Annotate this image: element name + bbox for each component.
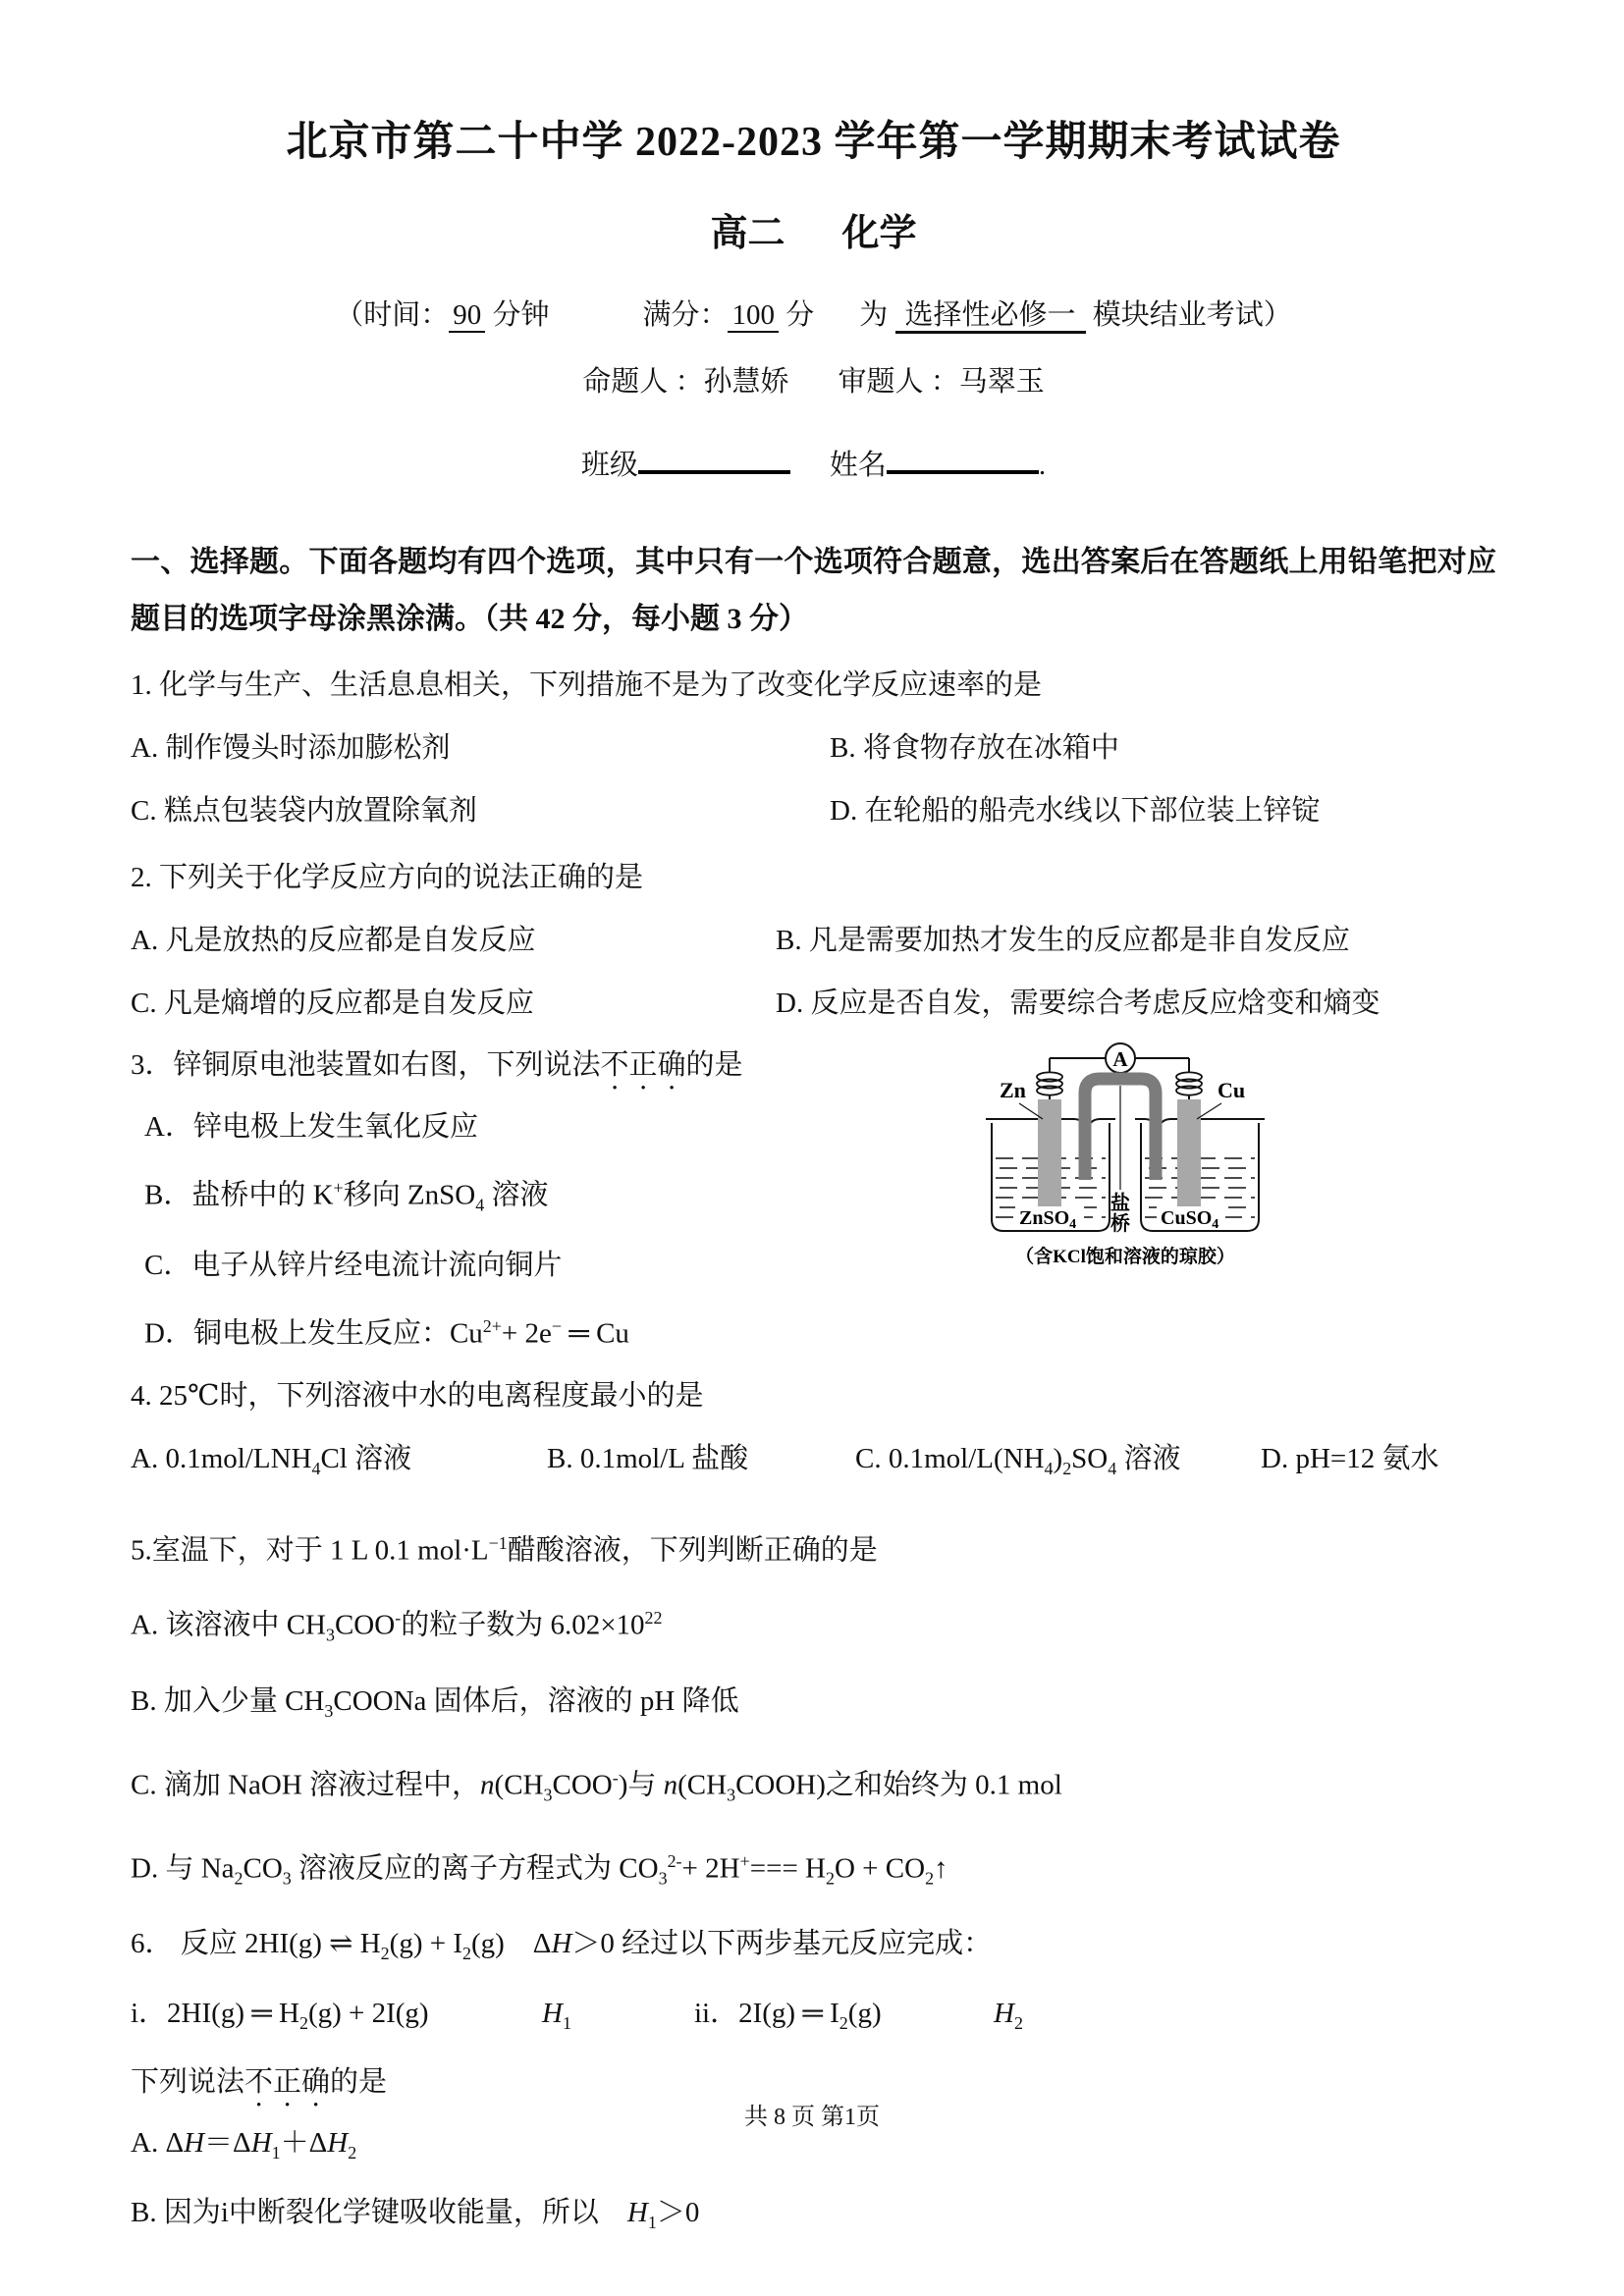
cuso4-label: CuSO4 xyxy=(1161,1207,1218,1232)
page-content: 北京市第二十中学 2022-2023 学年第一学期期末考试试卷 高二 化学 （时… xyxy=(0,0,1624,2253)
q4-option-a: A. 0.1mol/LNH4Cl 溶液 xyxy=(131,1427,547,1500)
question-5: 5.室温下，对于 1 L 0.1 mol·L−1醋酸溶液，下列判断正确的是 A.… xyxy=(131,1510,1496,1912)
cu-label: Cu xyxy=(1218,1078,1245,1102)
q5-option-c: C. 滴加 NaOH 溶液过程中，n(CH3COO-)与 n(CH3COOH)之… xyxy=(131,1744,1496,1828)
q5-option-d: D. 与 Na2CO3 溶液反应的离子方程式为 CO32-+ 2H+=== H2… xyxy=(131,1828,1496,1911)
salt-bridge-label-1: 盐 xyxy=(1110,1191,1130,1214)
diagram-caption: （含KCl饱和溶液的琼胶） xyxy=(1015,1245,1235,1267)
q2-option-d: D. 反应是否自发，需要综合考虑反应焓变和熵变 xyxy=(776,972,1496,1035)
page-title: 北京市第二十中学 2022-2023 学年第一学期期末考试试卷 xyxy=(131,120,1496,165)
q6-step-i: i．2HI(g) ═ H2(g) + 2I(g) xyxy=(131,1984,542,2054)
subtitle: 高二 化学 xyxy=(131,212,1496,255)
right-wire-coil xyxy=(1176,1072,1202,1095)
exam-duration: 90 xyxy=(449,299,485,333)
meta-open: （时间： xyxy=(335,299,449,331)
grade-label: 高二 xyxy=(710,212,785,255)
left-wire-coil xyxy=(1037,1072,1062,1095)
question-2: 2. 下列关于化学反应方向的说法正确的是 A. 凡是放热的反应都是自发反应 B.… xyxy=(131,846,1496,1035)
q4-option-b: B. 0.1mol/L 盐酸 xyxy=(547,1427,855,1500)
q3-stem-emphasis: 不正确 xyxy=(601,1049,686,1081)
q3-option-d: D．铜电极上发生反应：Cu2++ 2e− ═ Cu xyxy=(131,1296,1496,1364)
q1-options-row-1: A. 制作馒头时添加膨松剂 B. 将食物存放在冰箱中 xyxy=(131,717,1496,779)
q6-elementary-steps: i．2HI(g) ═ H2(g) + 2I(g) H1 ii．2I(g) ═ I… xyxy=(131,1984,1496,2054)
class-label: 班级 xyxy=(581,450,638,481)
q6-step-ii: ii．2I(g) ═ I2(g) xyxy=(694,1984,994,2054)
q4-stem: 4. 25℃时，下列溶液中水的电离程度最小的是 xyxy=(131,1364,1496,1427)
exam-paper-page: 北京市第二十中学 2022-2023 学年第一学期期末考试试卷 高二 化学 （时… xyxy=(0,0,1624,2296)
zn-label: Zn xyxy=(1000,1078,1026,1102)
q3-option-c: C．电子从锌片经电流计流向铜片 xyxy=(131,1235,1496,1296)
q4-option-d: D. pH=12 氨水 xyxy=(1261,1427,1496,1500)
q3-stem: 3．锌铜原电池装置如右图，下列说法不正确的是 xyxy=(131,1035,1496,1096)
people-line: 命题人 ：孙慧娇审题人 ：马翠玉 xyxy=(131,361,1496,402)
q6-follow-post: 的是 xyxy=(330,2066,387,2098)
meta-for-word: 为 xyxy=(859,299,888,331)
q6-follow-pre: 下列说法 xyxy=(131,2066,244,2098)
subject-label: 化学 xyxy=(842,212,917,255)
q1-stem: 1. 化学与生产、生活息息相关，下列措施不是为了改变化学反应速率的是 xyxy=(131,654,1496,717)
q2-option-b: B. 凡是需要加热才发生的反应都是非自发反应 xyxy=(776,909,1496,972)
q3-stem-post: 的是 xyxy=(686,1049,743,1081)
meta-time-unit: 分钟 xyxy=(485,299,549,331)
q5-option-b: B. 加入少量 CH3COONa 固体后，溶液的 pH 降低 xyxy=(131,1668,1496,1744)
name-blank-field xyxy=(887,445,1039,474)
salt-bridge-label-2: 桥 xyxy=(1110,1211,1130,1235)
q2-option-a: A. 凡是放热的反应都是自发反应 xyxy=(131,909,776,972)
q1-option-a: A. 制作馒头时添加膨松剂 xyxy=(131,717,830,779)
question-4: 4. 25℃时，下列溶液中水的电离程度最小的是 A. 0.1mol/LNH4Cl… xyxy=(131,1364,1496,1500)
copper-electrode xyxy=(1177,1099,1201,1223)
q3-option-a: A．锌电极上发生氧化反应 xyxy=(131,1096,1496,1157)
ammeter-label: A xyxy=(1112,1047,1128,1071)
setter-label: 命题人 ： xyxy=(582,366,703,398)
q1-option-d: D. 在轮船的船壳水线以下部位装上锌锭 xyxy=(830,779,1496,842)
full-score-label: 满分： xyxy=(642,299,728,331)
name-line-period: . xyxy=(1039,450,1046,481)
page-number: 共 8 页 第1页 xyxy=(0,2103,1624,2132)
module-suffix: 模块结业考试） xyxy=(1086,299,1292,331)
q2-option-c: C. 凡是熵增的反应都是自发反应 xyxy=(131,972,776,1035)
q2-stem: 2. 下列关于化学反应方向的说法正确的是 xyxy=(131,846,1496,909)
class-blank-field xyxy=(638,445,790,474)
q5-stem: 5.室温下，对于 1 L 0.1 mol·L−1醋酸溶液，下列判断正确的是 xyxy=(131,1510,1496,1584)
q6-stem: 6． 反应 2HI(g) ⇌ H2(g) + I2(g) ΔH＞0 经过以下两步… xyxy=(131,1914,1496,1984)
q6-step-i-enthalpy: H1 xyxy=(542,1984,694,2054)
name-label: 姓名 xyxy=(830,450,887,481)
reviewer-label: 审题人 ： xyxy=(839,366,959,398)
full-score-value: 100 xyxy=(728,299,779,333)
q1-options-row-2: C. 糕点包装袋内放置除氧剂 D. 在轮船的船壳水线以下部位装上锌锭 xyxy=(131,779,1496,842)
student-info-line: 班级姓名. xyxy=(131,444,1496,487)
q1-option-b: B. 将食物存放在冰箱中 xyxy=(830,717,1496,779)
full-score-unit: 分 xyxy=(779,299,814,331)
question-1: 1. 化学与生产、生活息息相关，下列措施不是为了改变化学反应速率的是 A. 制作… xyxy=(131,654,1496,842)
galvanic-cell-svg: A xyxy=(982,1033,1269,1286)
reviewer-name: 马翠玉 xyxy=(959,366,1045,398)
q2-options-row-2: C. 凡是熵增的反应都是自发反应 D. 反应是否自发，需要综合考虑反应焓变和熵变 xyxy=(131,972,1496,1035)
q3-stem-pre: 3．锌铜原电池装置如右图，下列说法 xyxy=(131,1049,601,1081)
q2-options-row-1: A. 凡是放热的反应都是自发反应 B. 凡是需要加热才发生的反应都是非自发反应 xyxy=(131,909,1496,972)
znso4-label: ZnSO4 xyxy=(1019,1207,1076,1232)
q6-follow-emphasis: 不正确 xyxy=(244,2066,330,2098)
module-name: 选择性必修一 xyxy=(895,299,1086,334)
q3-option-b: B．盐桥中的 K+移向 ZnSO4 溶液 xyxy=(131,1157,1496,1235)
question-3: 3．锌铜原电池装置如右图，下列说法不正确的是 A．锌电极上发生氧化反应 B．盐桥… xyxy=(131,1035,1496,1364)
setter-name: 孙慧娇 xyxy=(703,366,788,398)
section-one-heading: 一、选择题。下面各题均有四个选项，其中只有一个选项符合题意，选出答案后在答题纸上… xyxy=(131,534,1496,648)
exam-meta-line: （时间：90 分钟满分：100 分为 选择性必修一 模块结业考试） xyxy=(131,294,1496,336)
q5-option-a: A. 该溶液中 CH3COO-的粒子数为 6.02×1022 xyxy=(131,1584,1496,1668)
q6-option-b: B. 因为i中断裂化学键吸收能量，所以 H1＞0 xyxy=(131,2183,1496,2253)
q4-option-c: C. 0.1mol/L(NH4)2SO4 溶液 xyxy=(855,1427,1261,1500)
question-6: 6． 反应 2HI(g) ⇌ H2(g) + I2(g) ΔH＞0 经过以下两步… xyxy=(131,1914,1496,2253)
galvanic-cell-diagram: A xyxy=(982,1033,1269,1286)
q1-option-c: C. 糕点包装袋内放置除氧剂 xyxy=(131,779,830,842)
q6-step-ii-enthalpy: H2 xyxy=(994,1984,1496,2054)
q4-options-row: A. 0.1mol/LNH4Cl 溶液 B. 0.1mol/L 盐酸 C. 0.… xyxy=(131,1427,1496,1500)
